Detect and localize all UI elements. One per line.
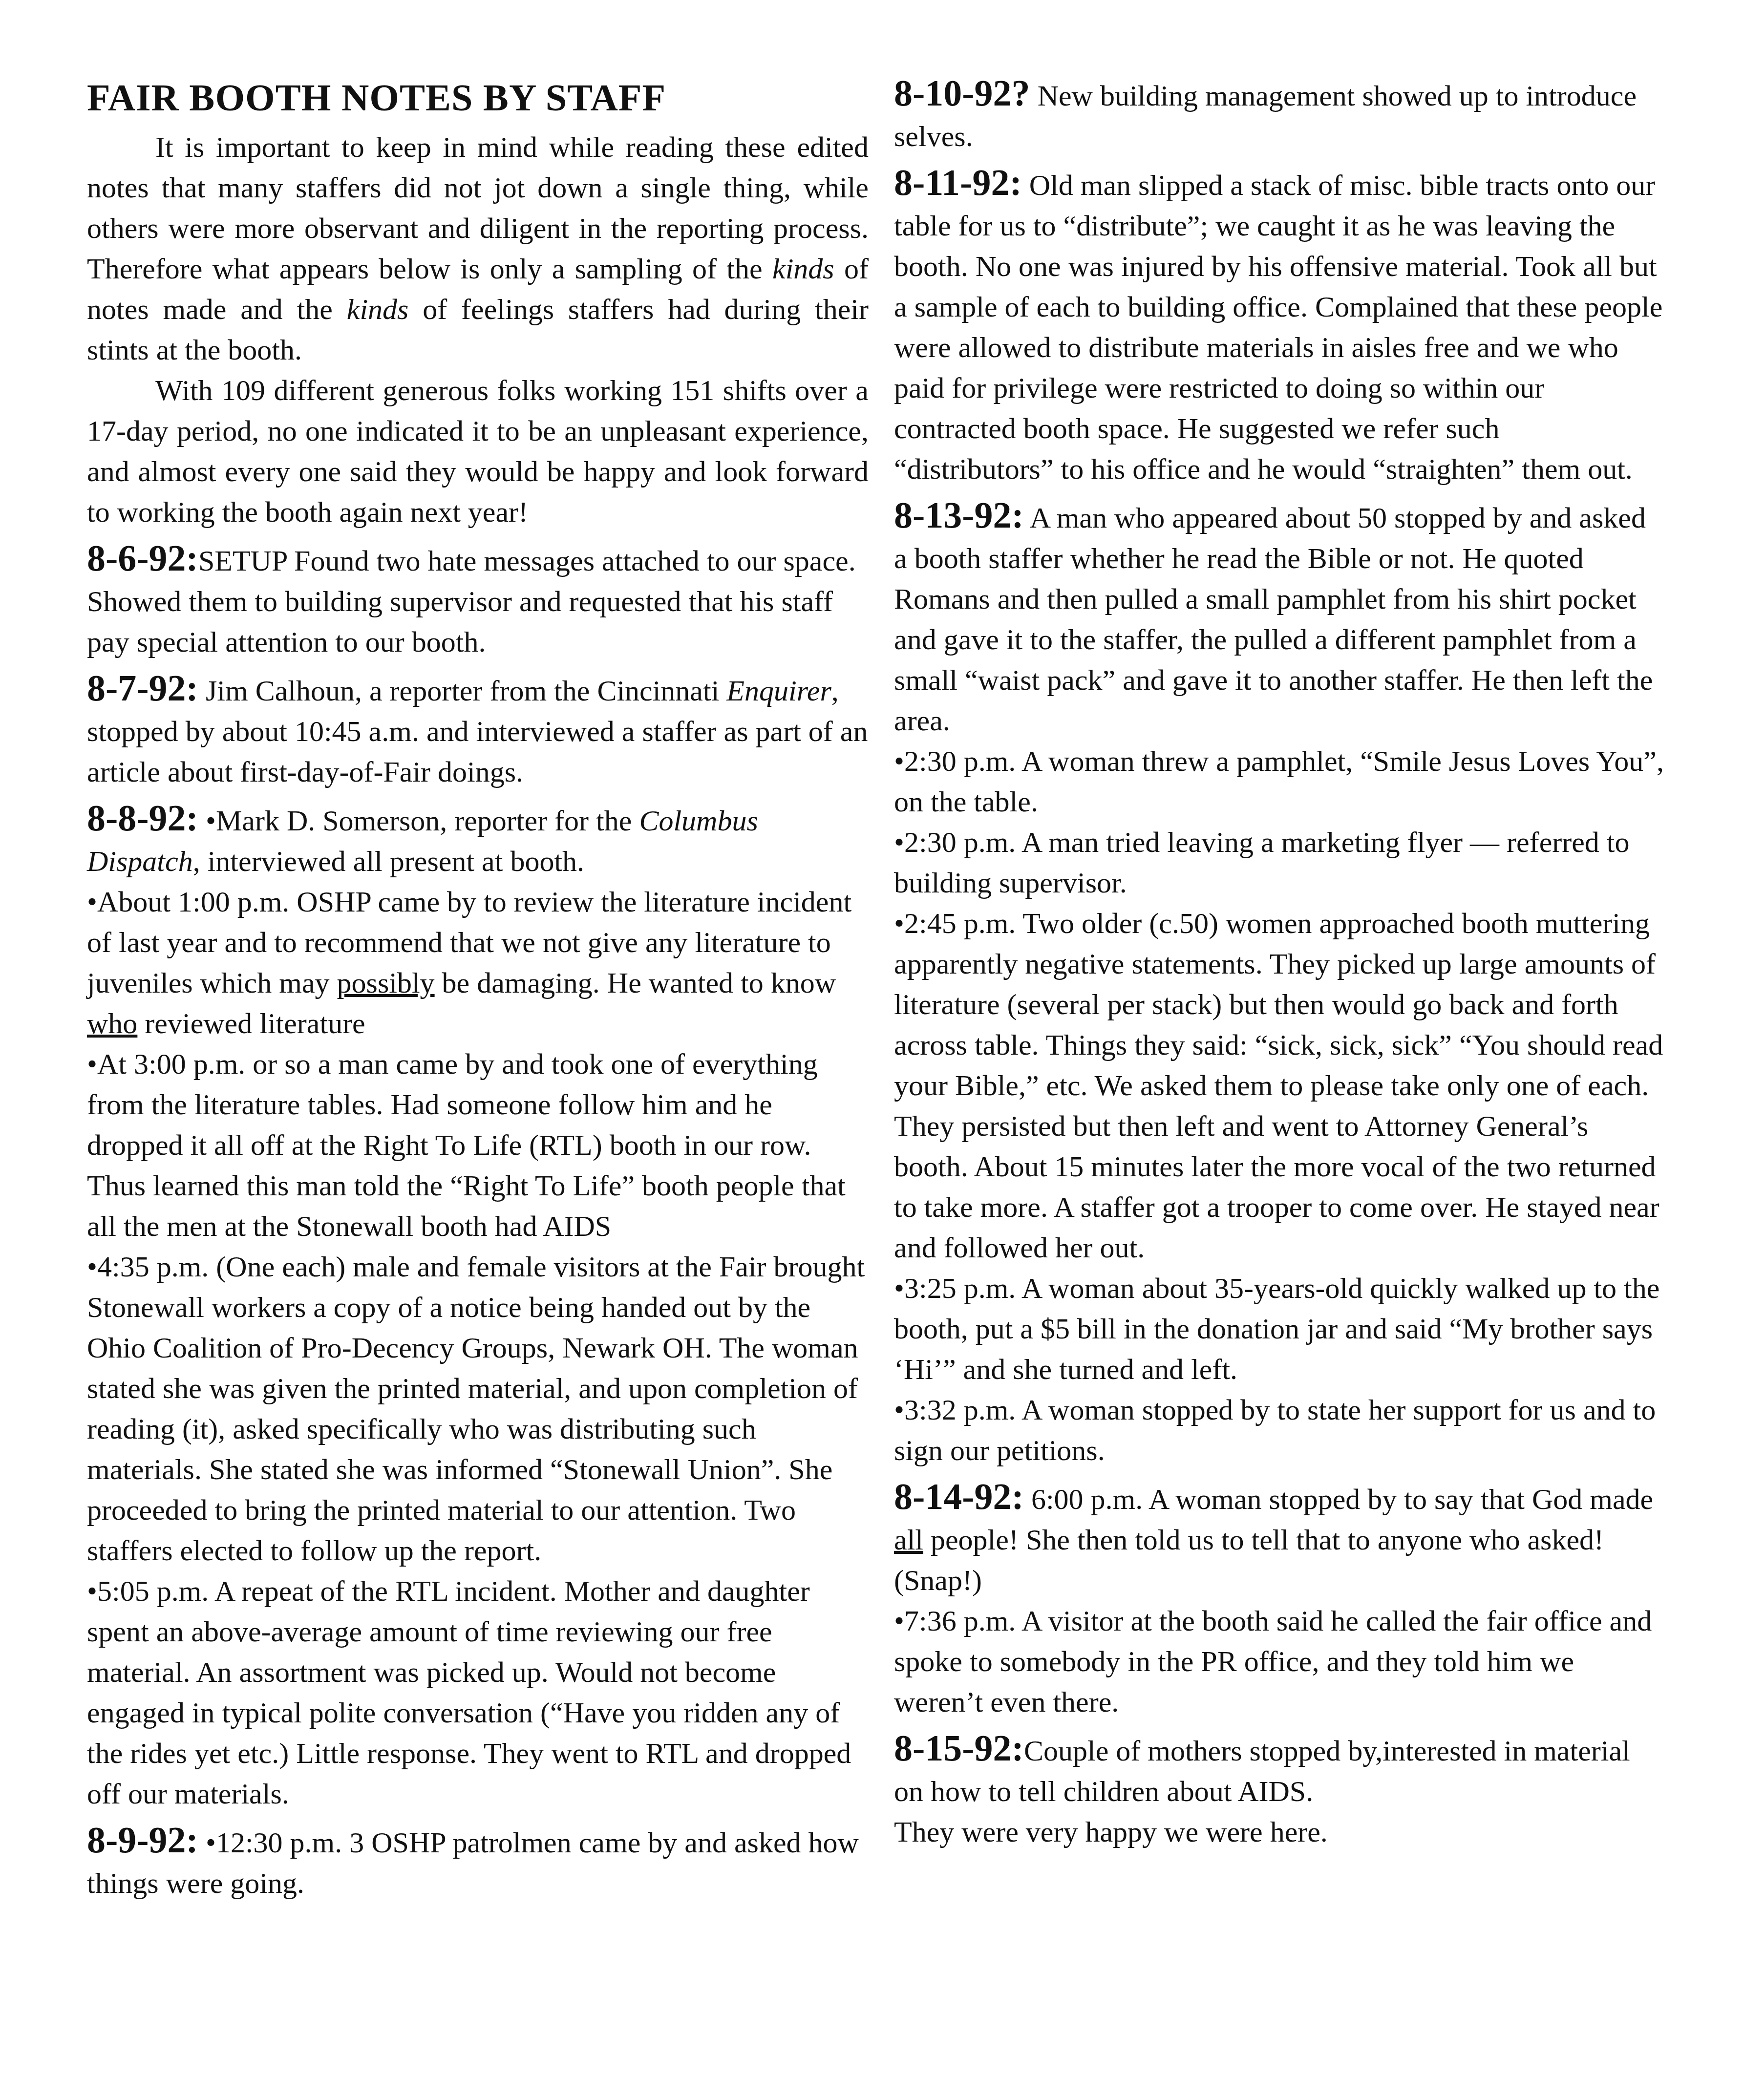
entry-8-8-92: 8-8-92: •Mark D. Somerson, reporter for … (87, 798, 869, 1814)
bullet-note: •3:32 p.m. A woman stopped by to state h… (894, 1390, 1666, 1471)
intro-paragraph-1: It is important to keep in mind while re… (87, 127, 869, 370)
entry-8-11-92: 8-11-92: Old man slipped a stack of misc… (894, 163, 1666, 489)
entry-8-14-92: 8-14-92: 6:00 p.m. A woman stopped by to… (894, 1477, 1666, 1722)
entry-8-15-92: 8-15-92:Couple of mothers stopped by,int… (894, 1728, 1666, 1852)
left-column: FAIR BOOTH NOTES BY STAFF It is importan… (87, 73, 869, 1904)
bullet-note: •7:36 p.m. A visitor at the booth said h… (894, 1601, 1666, 1722)
bullet-note: •2:30 p.m. A woman threw a pamphlet, “Sm… (894, 741, 1666, 822)
entry-date: 8-7-92: (87, 668, 198, 709)
entry-date: 8-15-92: (894, 1728, 1024, 1769)
right-column: 8-10-92? New building management showed … (894, 73, 1666, 1852)
entry-8-13-92: 8-13-92: A man who appeared about 50 sto… (894, 495, 1666, 1471)
intro-paragraph-2: With 109 different generous folks workin… (87, 370, 869, 532)
page-title: FAIR BOOTH NOTES BY STAFF (87, 73, 869, 122)
entry-8-9-92: 8-9-92: •12:30 p.m. 3 OSHP patrolmen cam… (87, 1820, 869, 1904)
bullet-note: •4:35 p.m. (One each) male and female vi… (87, 1247, 869, 1571)
entry-8-10-92: 8-10-92? New building management showed … (894, 73, 1666, 157)
bullet-note: •5:05 p.m. A repeat of the RTL incident.… (87, 1571, 869, 1814)
bullet-note: •2:30 p.m. A man tried leaving a marketi… (894, 822, 1666, 903)
entry-8-7-92: 8-7-92: Jim Calhoun, a reporter from the… (87, 668, 869, 792)
bullet-note: •At 3:00 p.m. or so a man came by and to… (87, 1044, 869, 1247)
bullet-note: •About 1:00 p.m. OSHP came by to review … (87, 882, 869, 1044)
entry-8-6-92: 8-6-92:SETUP Found two hate messages att… (87, 538, 869, 662)
entry-date: 8-8-92: (87, 798, 198, 839)
entry-date: 8-14-92: (894, 1476, 1024, 1517)
entry-date: 8-11-92: (894, 162, 1022, 203)
entry-date: 8-13-92: (894, 495, 1024, 536)
entry-date: 8-10-92? (894, 73, 1030, 114)
entry-date: 8-9-92: (87, 1820, 198, 1861)
entry-date: 8-6-92: (87, 538, 198, 579)
bullet-note: •2:45 p.m. Two older (c.50) women approa… (894, 903, 1666, 1268)
bullet-note: •3:25 p.m. A woman about 35-years-old qu… (894, 1268, 1666, 1390)
